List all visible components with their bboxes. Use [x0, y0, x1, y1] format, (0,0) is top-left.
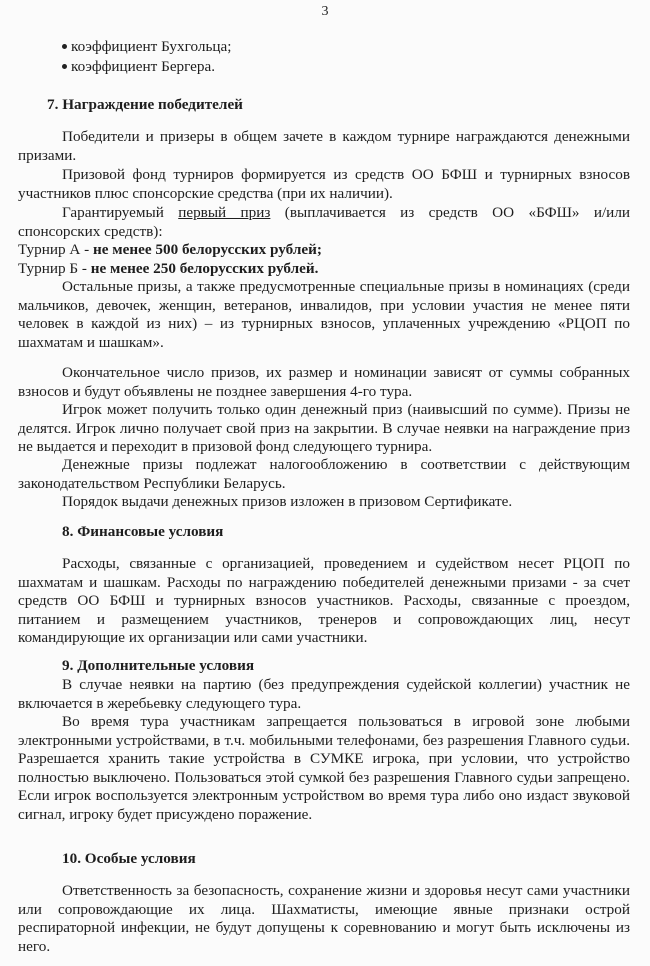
bullet-text: коэффициент Бухгольца; — [71, 38, 231, 55]
section-8-heading: 8. Финансовые условия — [62, 523, 223, 541]
paragraph-text: Призовой фонд турниров формируется из ср… — [18, 166, 630, 202]
bullet-text: коэффициент Бергера. — [71, 58, 215, 75]
section-8-paragraph: Расходы, связанные с организацией, прове… — [18, 555, 630, 648]
prize-b-line: Турнир Б - не менее 250 белорусских рубл… — [18, 260, 318, 278]
section-7-heading: 7. Награждение победителей — [47, 96, 243, 114]
prize-label: Турнир Б - — [18, 260, 91, 277]
paragraph-text: Порядок выдачи денежных призов изложен в… — [62, 493, 512, 510]
section-10-heading: 10. Особые условия — [62, 850, 196, 868]
section-7-paragraph: Окончательное число призов, их размер и … — [18, 364, 630, 401]
bullet-icon — [62, 64, 67, 69]
section-9-heading: 9. Дополнительные условия — [62, 657, 254, 675]
bullet-item: коэффициент Бухгольца; — [62, 38, 231, 56]
prize-value: не менее 250 белорусских рублей. — [91, 260, 319, 277]
paragraph-text: Гарантируемый — [62, 204, 164, 221]
section-7-paragraph: Гарантируемый первый приз (выплачивается… — [18, 204, 630, 241]
bullet-item: коэффициент Бергера. — [62, 58, 215, 76]
section-7-paragraph: Призовой фонд турниров формируется из ср… — [18, 166, 630, 203]
section-9-paragraph: Во время тура участникам запрещается пол… — [18, 713, 630, 825]
section-7-paragraph: Порядок выдачи денежных призов изложен в… — [18, 493, 630, 512]
prize-value: не менее 500 белорусских рублей; — [93, 241, 322, 258]
bullet-icon — [62, 44, 67, 49]
prize-a-line: Турнир А - не менее 500 белорусских рубл… — [18, 241, 322, 259]
paragraph-text: Расходы, связанные с организацией, прове… — [18, 555, 630, 646]
paragraph-text: Во время тура участникам запрещается пол… — [18, 713, 630, 823]
paragraph-text: Игрок может получить только один денежны… — [18, 401, 630, 455]
paragraph-text: В случае неявки на партию (без предупреж… — [18, 676, 630, 712]
prize-label: Турнир А - — [18, 241, 93, 258]
first-prize-underlined: первый приз — [178, 204, 270, 221]
section-7-paragraph: Остальные призы, а также предусмотренные… — [18, 278, 630, 352]
section-9-paragraph: В случае неявки на партию (без предупреж… — [18, 676, 630, 713]
section-7-paragraph: Игрок может получить только один денежны… — [18, 401, 630, 457]
paragraph-text: Денежные призы подлежат налогообложению … — [18, 456, 630, 492]
section-7-paragraph: Денежные призы подлежат налогообложению … — [18, 456, 630, 493]
section-10-paragraph: Ответственность за безопасность, сохране… — [18, 882, 630, 956]
paragraph-text: Победители и призеры в общем зачете в ка… — [18, 128, 630, 164]
page-number: 3 — [0, 4, 650, 20]
section-7-paragraph: Победители и призеры в общем зачете в ка… — [18, 128, 630, 165]
paragraph-text: Окончательное число призов, их размер и … — [18, 364, 630, 400]
paragraph-text: Ответственность за безопасность, сохране… — [18, 882, 630, 955]
paragraph-text: Остальные призы, а также предусмотренные… — [18, 278, 630, 351]
